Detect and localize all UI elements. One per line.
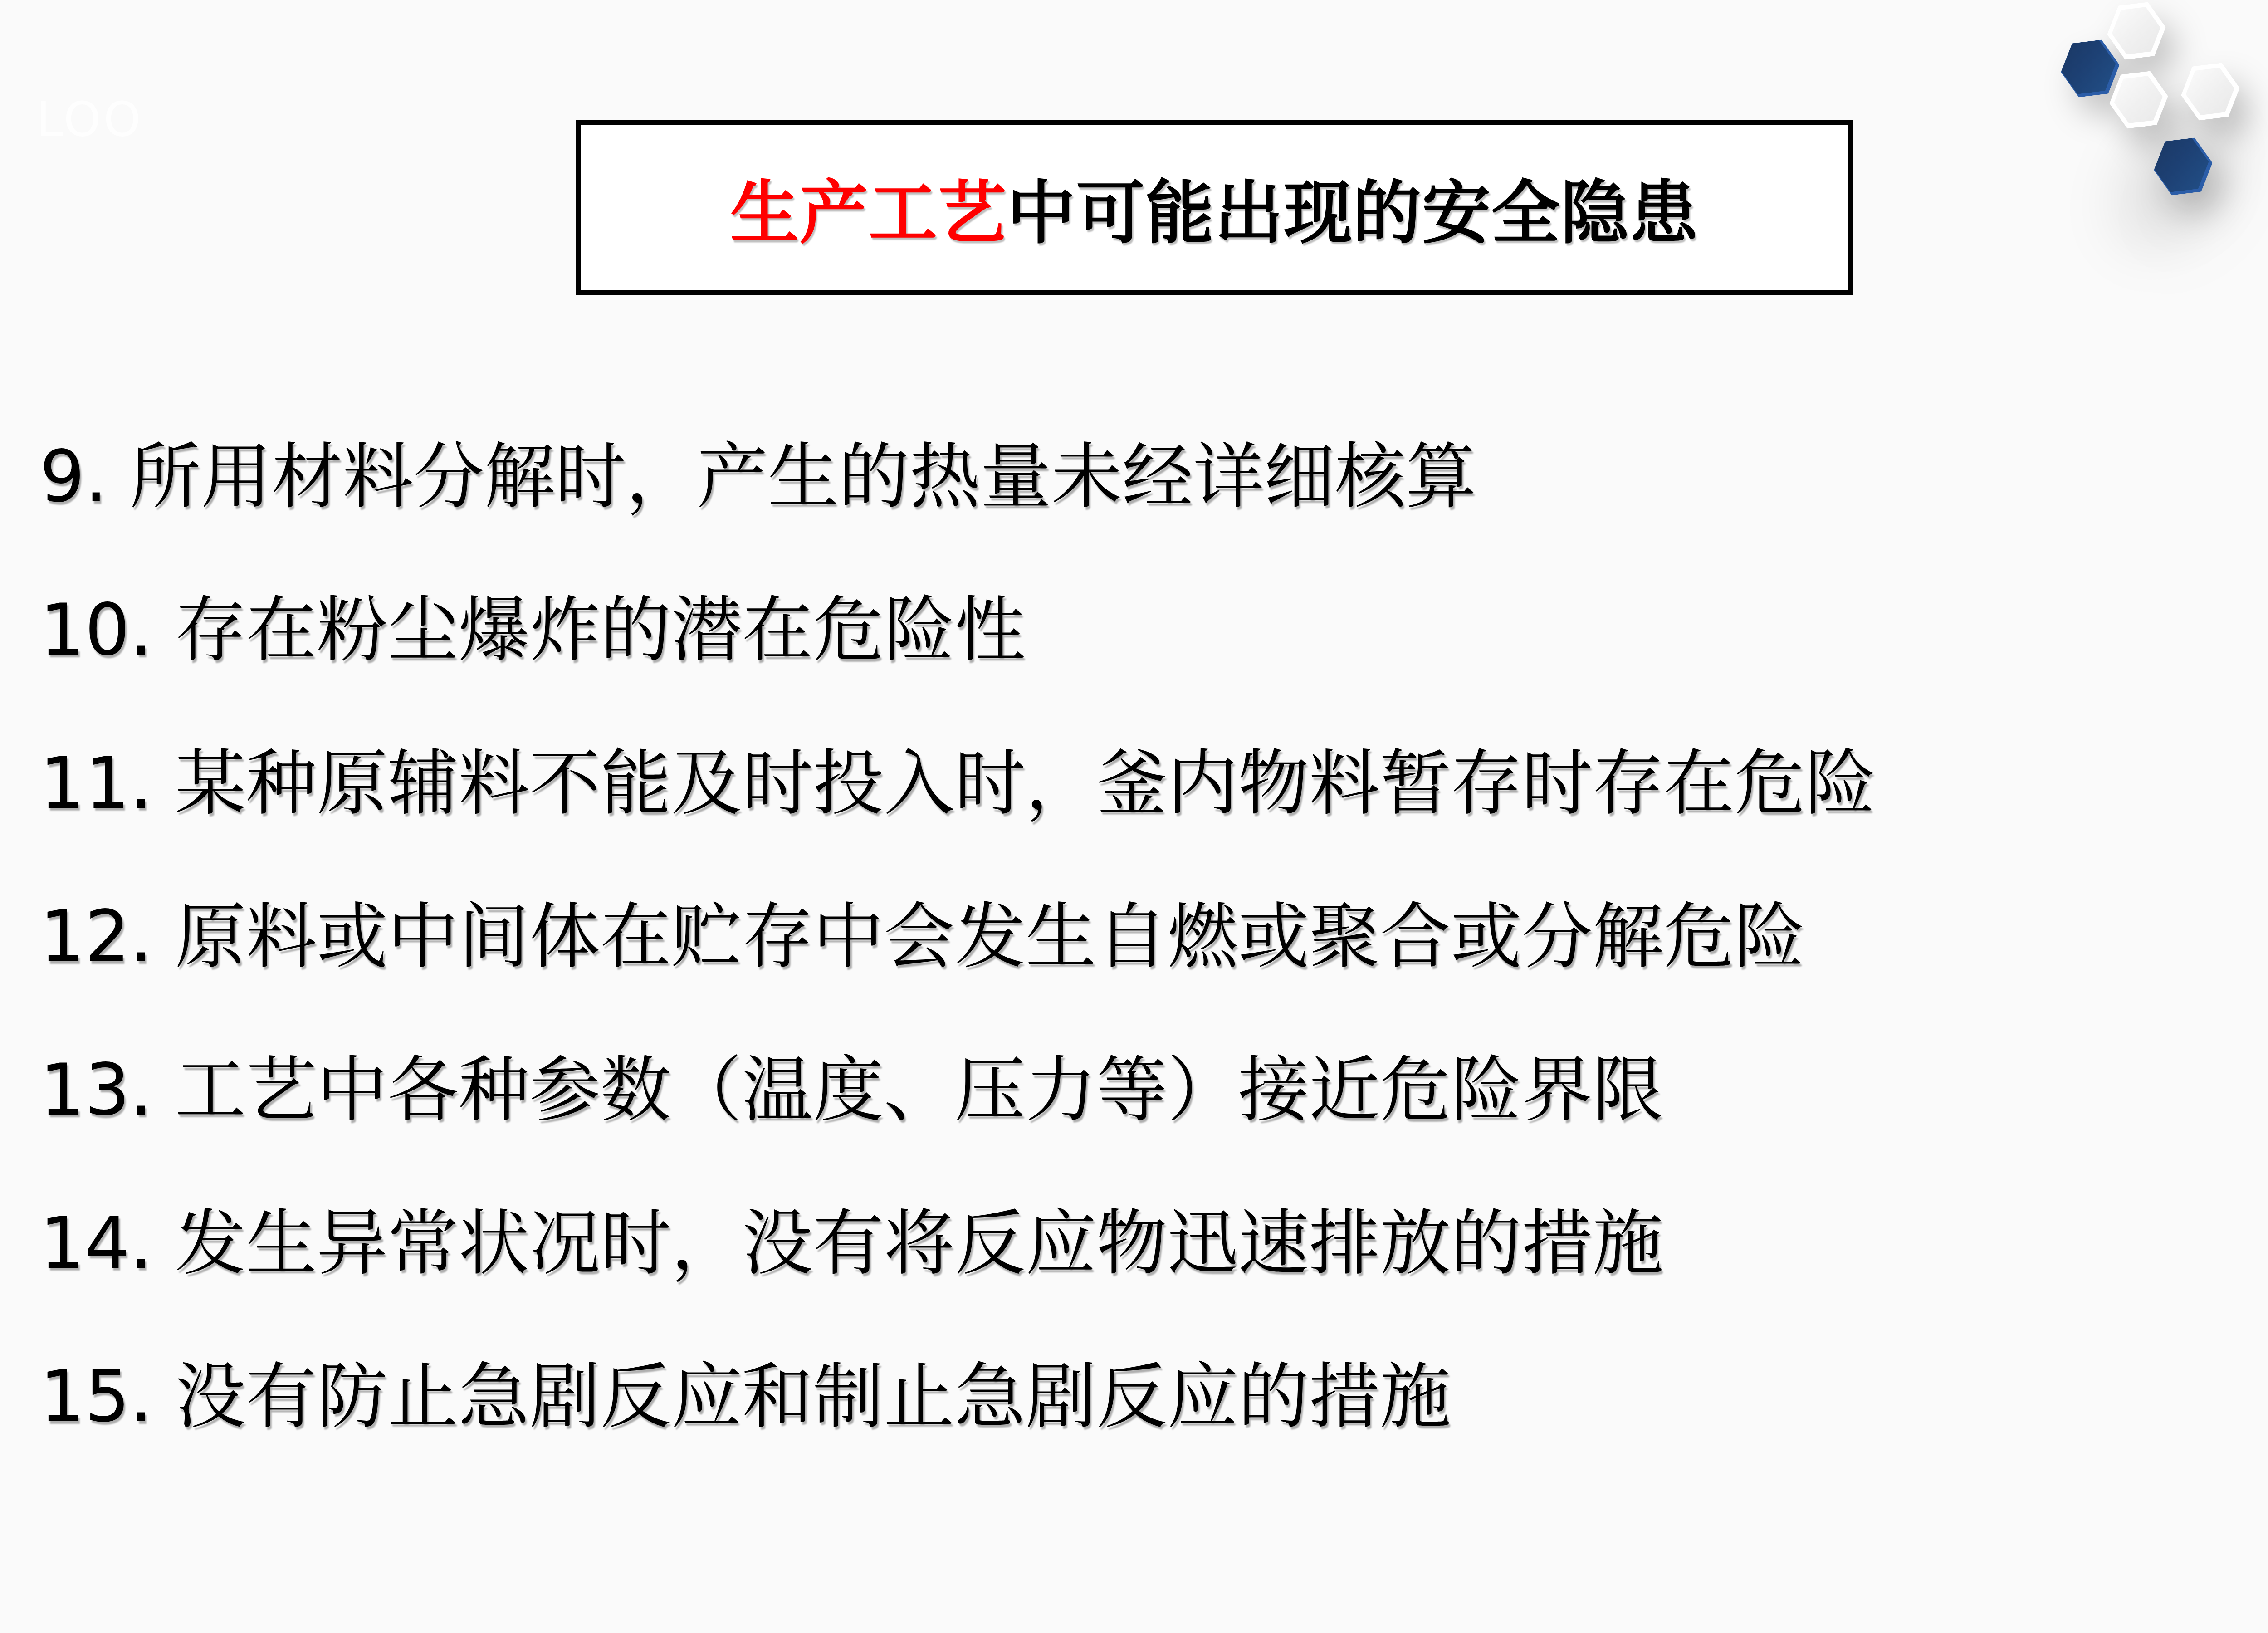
- list-item: 14. 发生异常状况时，没有将反应物迅速排放的措施: [40, 1167, 1990, 1320]
- hazard-list: 9. 所用材料分解时，产生的热量未经详细核算 10. 存在粉尘爆炸的潜在危险性 …: [40, 400, 1990, 1473]
- list-item: 12. 原料或中间体在贮存中会发生自燃或聚合或分解危险: [40, 860, 1990, 1013]
- hexagon-white-inner: [2112, 74, 2165, 125]
- slide-title: 生产工艺中可能出现的安全隐患: [730, 158, 1699, 257]
- slide-title-box: 生产工艺中可能出现的安全隐患: [576, 120, 1853, 295]
- slide-title-highlight: 生产工艺: [730, 173, 1007, 253]
- list-item: 9. 所用材料分解时，产生的热量未经详细核算: [40, 400, 1990, 553]
- hexagon-blue-inner: [2058, 39, 2119, 96]
- list-item: 10. 存在粉尘爆炸的潜在危险性: [40, 553, 1990, 707]
- list-item: 13. 工艺中各种参数（温度、压力等）接近危险界限: [40, 1013, 1990, 1167]
- list-item: 11. 某种原辅料不能及时投入时，釜内物料暂存时存在危险: [40, 707, 1990, 860]
- slide-title-rest: 中可能出现的安全隐患: [1007, 173, 1699, 253]
- list-item: 15. 没有防止急剧反应和制止急剧反应的措施: [40, 1320, 1990, 1473]
- slide-background: LOO 生产工艺中可能出现的安全隐患 9. 所用材料分解时，产生的热量未经详细核…: [0, 0, 2268, 1633]
- hexagon-blue-icon: [2058, 38, 2123, 99]
- hexagon-white-inner: [2109, 5, 2163, 56]
